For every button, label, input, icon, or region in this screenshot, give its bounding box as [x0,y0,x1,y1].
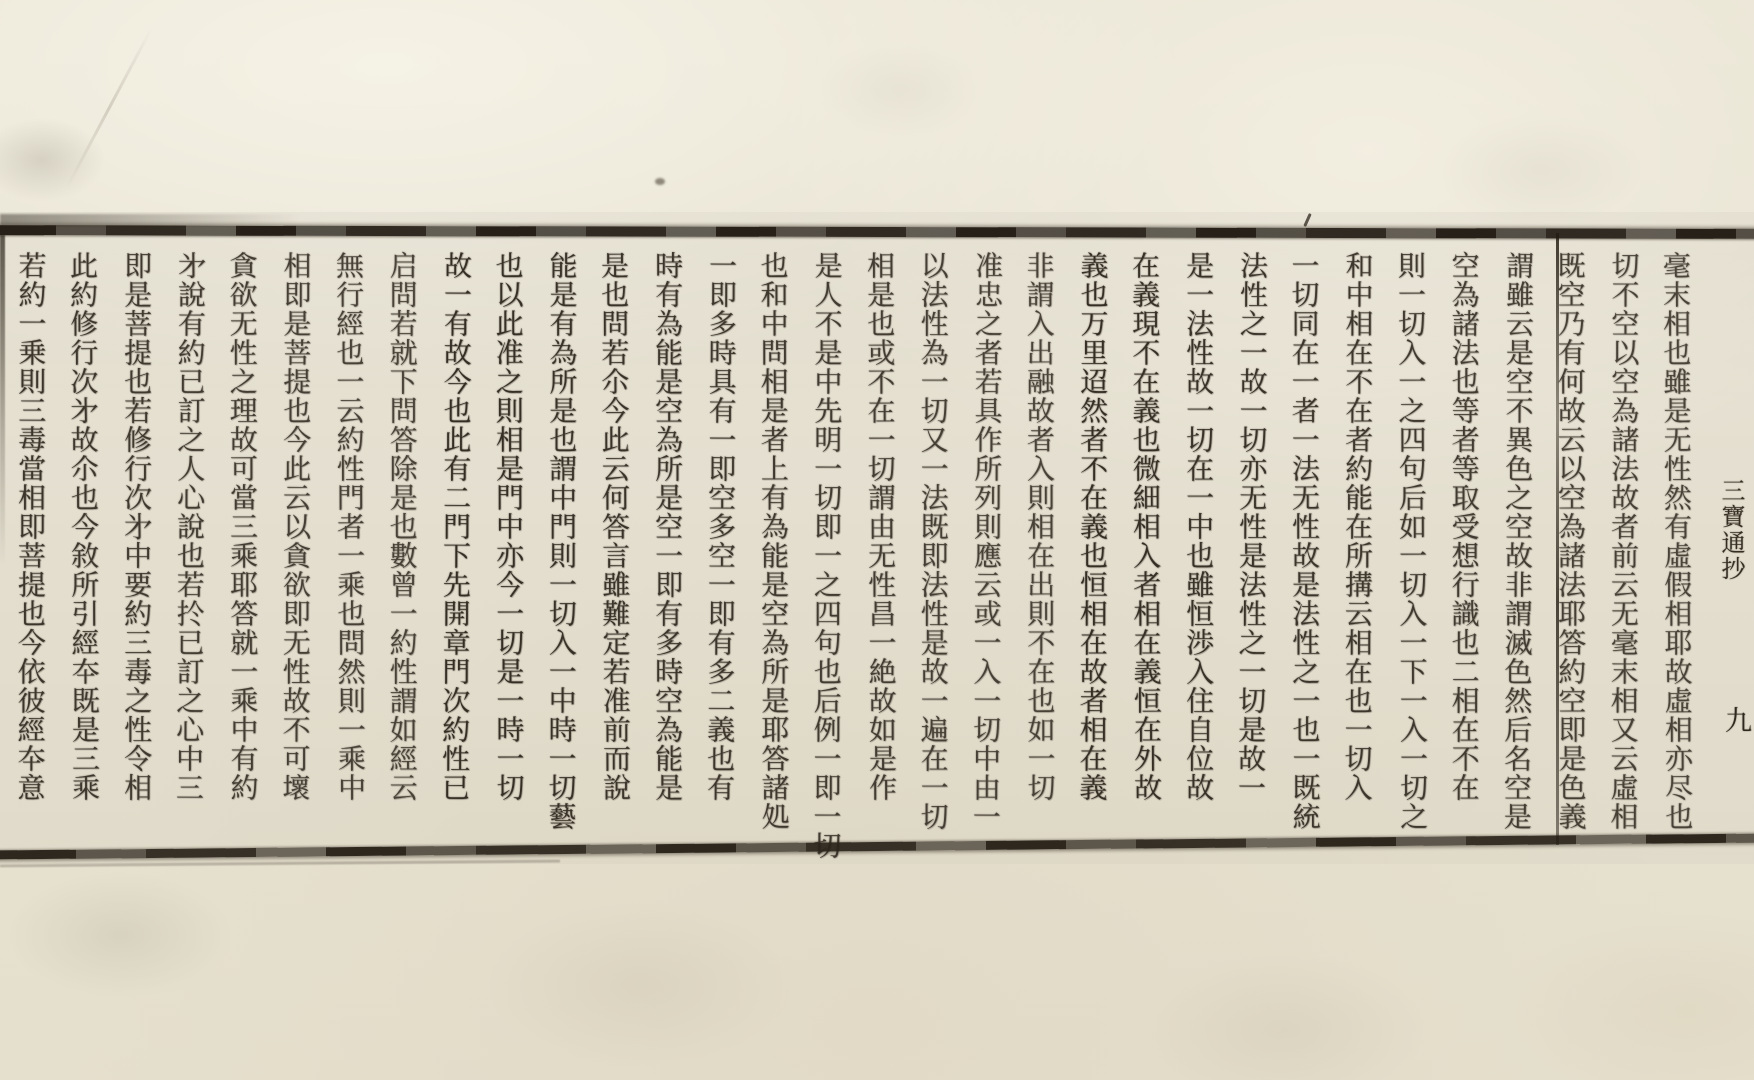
text-column: 也以此准之則相是門中亦今一切是一時一切 [493,251,522,802]
text-column: 启問若就下問答除是也數曾一約性謂如經云 [388,251,416,802]
text-column: 謂雖云是空不異色之空故非謂滅色然后名空是 [1501,251,1531,831]
sheet-label-title: 三寶通抄 [1714,478,1749,582]
text-column: 准忠之者若具作所列則應云或一入一切中由一 [970,251,1000,831]
sheet-label-page-number: 卅九 [1716,706,1754,735]
text-column: 若約一乗則三毒當相即菩提也今依彼經夲意 [15,251,44,802]
text-column: 相是也或不在一切謂由无性昌一絶故如是作 [864,251,894,802]
text-column: 毫末相也雖是无性然有虛假相耶故虛相亦尽也 [1661,251,1691,831]
text-column: 空為諸法也等者等取受想行識也二相在不在 [1450,251,1478,802]
text-column: 義也万里迢然者不在義也恒相在故者相在義 [1077,251,1106,802]
text-columns: 毫末相也雖是无性然有虛假相耶故虛相亦尽也切不空以空為諸法故者前云无毫末相又云虛相… [0,0,1754,1080]
text-column: 一切同在一者一法无性故是法性之一也一既統 [1290,251,1319,831]
text-column: 是一法性故一切在一中也雖恒渉入住自位故 [1184,251,1212,802]
manuscript-page: 毫末相也雖是无性然有虛假相耶故虛相亦尽也切不空以空為諸法故者前云无毫末相又云虛相… [0,0,1754,1080]
text-column: 非謂入出融故者入則相在出則不在也如一切 [1024,251,1053,802]
sheet-label: 三寶通抄 卅九 [1714,478,1750,582]
text-column: 能是有為所是也謂中門則一切入一中時一切藝 [546,251,575,831]
text-column: 無行經也一云約性門者一乘也問然則一乘中 [333,251,363,802]
text-column: 是也問若尒今此云何答言雖難定若准前而說 [599,251,629,802]
text-column: 貪欲无性之理故可當三乘耶答就一乘中有約 [228,251,257,802]
text-column: 則一切入一之四句后如一切入一下一入一切之 [1395,251,1425,831]
text-column: 以法性為一切又一法既即法性是故一遍在一切 [919,251,947,831]
text-column: 和中相在不在者約能在所搆云相在也一切入 [1343,251,1372,802]
text-column: 切不空以空為諸法故者前云无毫末相又云虛相 [1608,251,1637,831]
text-column: 也和中問相是者上有為能是空為所是耶答諸処 [759,251,788,831]
text-column: 此約修行次㐧故尒也今敘所引經夲既是三乘 [68,251,98,802]
text-column: 一即多時具有一即空多空一即有多二義也有 [705,251,735,802]
text-column: 即是菩提也若修行次㐧中要約三毒之性令相 [122,251,150,802]
text-column: 法性之一故一切亦无性是法性之一切是故一 [1236,251,1266,802]
text-column: 故一有故今也此有二門下先開章門次約性已 [440,251,470,802]
text-column: 相即是菩提也今此云以貪欲即无性故不可壞 [281,251,310,802]
text-column: 在義現不在義也微細相入者相在義恒在外故 [1130,251,1160,802]
text-column: 時有為能是空為所是空一即有多時空為能是 [653,251,681,802]
text-column: 既空乃有何故云以空為諸法耶答約空即是色義 [1555,251,1584,831]
text-column: 是人不是中先明一切即一之四句也后例一即一切 [812,251,841,860]
text-column: 㐧說有約已訂之人心說也若扵已訂之心中三 [174,251,204,802]
